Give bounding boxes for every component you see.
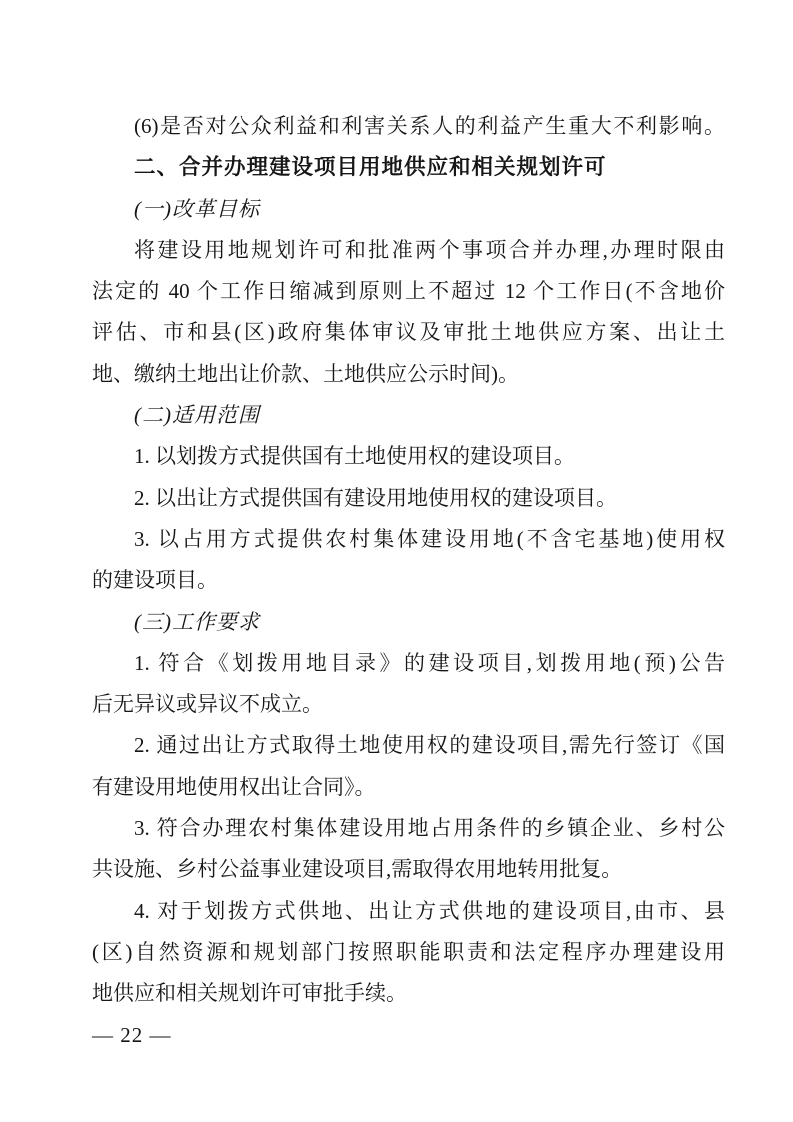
page-number: — 22 — (92, 1015, 725, 1056)
body-text-line: 1. 以划拨方式提供国有土地使用权的建设项目。 (92, 436, 725, 477)
body-text-line: 有建设用地使用权出让合同》。 (92, 767, 725, 808)
body-text-line: (6)是否对公众利益和利害关系人的利益产生重大不利影响。 (92, 106, 725, 147)
body-text-line: 2. 通过出让方式取得土地使用权的建设项目,需先行签订《国 (92, 725, 725, 766)
subsection-heading: (三)工作要求 (92, 602, 725, 643)
body-text-line: 地、缴纳土地出让价款、土地供应公示时间)。 (92, 354, 725, 395)
body-text-line: 后无异议或异议不成立。 (92, 684, 725, 725)
body-text-line: 2. 以出让方式提供国有建设用地使用权的建设项目。 (92, 478, 725, 519)
body-text-line: 3. 符合办理农村集体建设用地占用条件的乡镇企业、乡村公 (92, 808, 725, 849)
body-text-line: (区)自然资源和规划部门按照职能职责和法定程序办理建设用 (92, 932, 725, 973)
section-heading: 二、合并办理建设项目用地供应和相关规划许可 (92, 147, 725, 188)
body-text-line: 将建设用地规划许可和批准两个事项合并办理,办理时限由 (92, 230, 725, 271)
body-text-line: 3. 以占用方式提供农村集体建设用地(不含宅基地)使用权 (92, 519, 725, 560)
body-text-line: 法定的 40 个工作日缩减到原则上不超过 12 个工作日(不含地价 (92, 271, 725, 312)
subsection-heading: (二)适用范围 (92, 395, 725, 436)
document-page: (6)是否对公众利益和利害关系人的利益产生重大不利影响。二、合并办理建设项目用地… (0, 0, 793, 1122)
body-text-line: 评估、市和县(区)政府集体审议及审批土地供应方案、出让土 (92, 312, 725, 353)
body-text-line: 4. 对于划拨方式供地、出让方式供地的建设项目,由市、县 (92, 891, 725, 932)
body-text-line: 地供应和相关规划许可审批手续。 (92, 973, 725, 1014)
body-text-line: 的建设项目。 (92, 560, 725, 601)
document-body: (6)是否对公众利益和利害关系人的利益产生重大不利影响。二、合并办理建设项目用地… (92, 106, 725, 1056)
subsection-heading: (一)改革目标 (92, 189, 725, 230)
body-text-line: 1. 符合《划拨用地目录》的建设项目,划拨用地(预)公告 (92, 643, 725, 684)
body-text-line: 共设施、乡村公益事业建设项目,需取得农用地转用批复。 (92, 849, 725, 890)
